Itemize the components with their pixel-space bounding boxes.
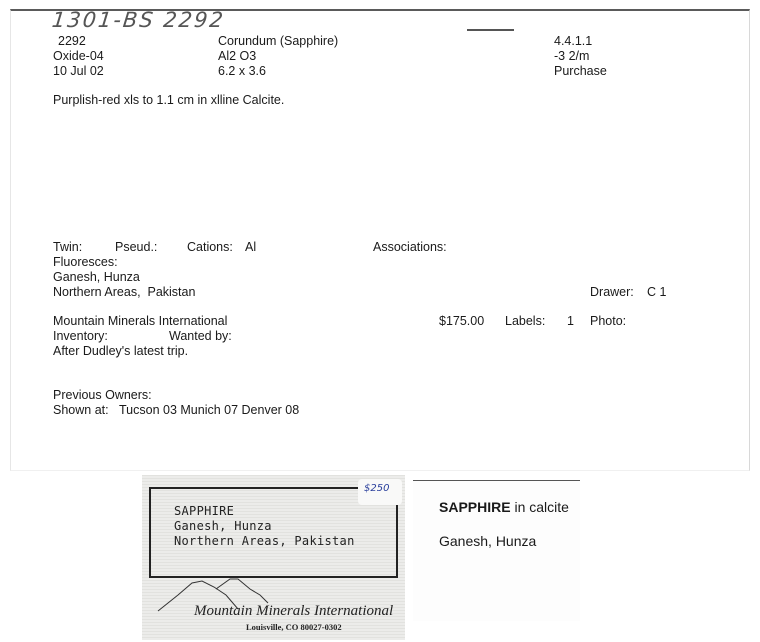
- collection-label: SAPPHIRE in calcite Ganesh, Hunza: [413, 480, 580, 621]
- twin-label: Twin:: [53, 240, 82, 255]
- crystal-symmetry: -3 2/m: [554, 49, 589, 64]
- divider-mark: [467, 29, 514, 31]
- catalog-number: 2292: [58, 34, 86, 49]
- previous-owners-label: Previous Owners:: [53, 388, 152, 403]
- inventory-label: Inventory:: [53, 329, 108, 344]
- species-name: Corundum (Sapphire): [218, 34, 338, 49]
- acquisition-method: Purchase: [554, 64, 607, 79]
- notes: After Dudley's latest trip.: [53, 344, 188, 359]
- locality-line-2: Northern Areas, Pakistan: [53, 285, 195, 300]
- dealer-label-locality-2: Northern Areas, Pakistan: [174, 534, 355, 549]
- fluoresces-label: Fluoresces:: [53, 255, 118, 270]
- handwritten-price: $250: [364, 483, 389, 494]
- handwritten-id: 1301-BS 2292: [51, 8, 226, 32]
- drawer-label: Drawer:: [590, 285, 634, 300]
- species-matrix: in calcite: [511, 499, 569, 515]
- shown-at-label: Shown at:: [53, 403, 109, 418]
- collection-label-locality: Ganesh, Hunza: [439, 533, 536, 549]
- labels-count: 1: [567, 314, 574, 329]
- source-dealer: Mountain Minerals International: [53, 314, 227, 329]
- dealer-label-locality-1: Ganesh, Hunza: [174, 519, 272, 534]
- labels-label: Labels:: [505, 314, 545, 329]
- collection-label-species: SAPPHIRE in calcite: [439, 499, 569, 515]
- drawer-value: C 1: [647, 285, 666, 300]
- dealer-label-species: SAPPHIRE: [174, 504, 234, 519]
- pseud-label: Pseud.:: [115, 240, 157, 255]
- cations-label: Cations:: [187, 240, 233, 255]
- acquired-date: 10 Jul 02: [53, 64, 104, 79]
- photo-label: Photo:: [590, 314, 626, 329]
- strunz-class: 4.4.1.1: [554, 34, 592, 49]
- wanted-by-label: Wanted by:: [169, 329, 232, 344]
- dealer-brand-name: Mountain Minerals International: [194, 603, 393, 620]
- species-bold: SAPPHIRE: [439, 499, 511, 515]
- specimen-size: 6.2 x 3.6: [218, 64, 266, 79]
- cations-value: Al: [245, 240, 256, 255]
- chemical-formula: Al2 O3: [218, 49, 256, 64]
- dealer-label: SAPPHIRE Ganesh, Hunza Northern Areas, P…: [142, 475, 405, 640]
- price-tag-sticker: $250: [358, 479, 402, 505]
- locality-line-1: Ganesh, Hunza: [53, 270, 140, 285]
- specimen-description: Purplish-red xls to 1.1 cm in xlline Cal…: [53, 93, 284, 108]
- classification: Oxide-04: [53, 49, 104, 64]
- shown-at-value: Tucson 03 Munich 07 Denver 08: [119, 403, 299, 418]
- price: $175.00: [439, 314, 484, 329]
- associations-label: Associations:: [373, 240, 447, 255]
- dealer-address: Louisville, CO 80027-0302: [246, 622, 342, 632]
